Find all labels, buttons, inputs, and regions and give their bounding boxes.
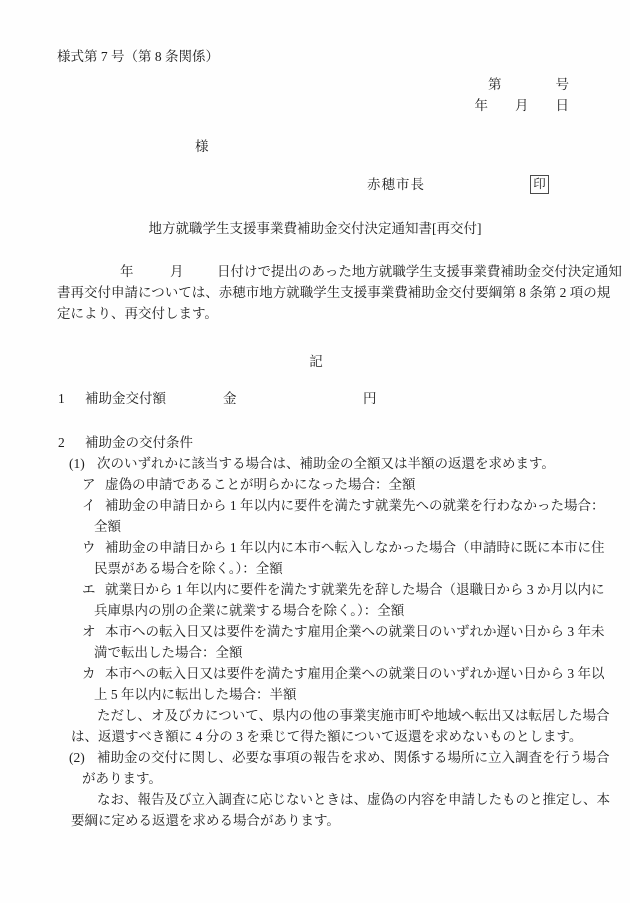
text-segment: 1 [58, 388, 65, 409]
condition-1-e: エ就業日から 1 年以内に要件を満たす就業先を辞した場合（退職日から 3 か月以… [57, 579, 575, 600]
document-body: 年月日付けで提出のあった地方就職学生支援事業費補助金交付決定通知書再交付申請につ… [57, 261, 575, 831]
date-line: 年 月 日 [475, 95, 570, 116]
text-segment: 本市への転入日又は要件を満たす雇用企業への就業日のいずれか遅い日から 3 年未 [105, 621, 605, 642]
text-segment: 日付けで提出のあった地方就職学生支援事業費補助金交付決定通知 [217, 261, 622, 282]
text-segment: は、返還すべき額に 4 分の 3 を乗じて得た額について返還を求めないものとしま… [71, 726, 582, 747]
opening-paragraph-line: 年月日付けで提出のあった地方就職学生支援事業費補助金交付決定通知 [57, 261, 575, 282]
text-segment: 定により、再交付します。 [57, 303, 218, 324]
text-segment: 上 5 年以内に転出した場合：半額 [94, 684, 297, 705]
condition-1-i: イ補助金の申請日から 1 年以内に要件を満たす就業先への就業を行わなかった場合： [57, 495, 575, 516]
text-segment: 虚偽の申請であることが明らかになった場合：全額 [105, 474, 416, 495]
text-segment: 月 [170, 261, 184, 282]
seal-stamp: 印 [530, 175, 549, 194]
text-segment: 要綱に定める返還を求める場合があります。 [71, 810, 340, 831]
text-segment: 本市への転入日又は要件を満たす雇用企業への就業日のいずれか遅い日から 3 年以 [105, 663, 605, 684]
text-segment: ただし、オ及びカについて、県内の他の事業実施市町や地域へ転出又は転居した場合 [97, 705, 609, 726]
ki-marker: 記 [57, 351, 575, 372]
condition-1-e-cont: 兵庫県内の別の企業に就業する場合を除く。）：全額 [57, 600, 575, 621]
text-segment: 補助金の交付条件 [85, 432, 193, 453]
condition-2-note-cont: 要綱に定める返還を求める場合があります。 [57, 810, 575, 831]
text-segment: (2) [69, 747, 85, 768]
text-segment: 補助金の交付に関し、必要な事項の報告を求め、関係する場所に立入調査を行う場合 [97, 747, 609, 768]
condition-2-note: なお、報告及び立入調査に応じないときは、虚偽の内容を申請したものと推定し、本 [57, 789, 575, 810]
text-segment: 2 [58, 432, 65, 453]
text-segment: 年 [120, 261, 134, 282]
text-segment: なお、報告及び立入調査に応じないときは、虚偽の内容を申請したものと推定し、本 [97, 789, 610, 810]
text-segment: 満で転出した場合：全額 [94, 642, 243, 663]
condition-1-u-cont: 民票がある場合を除く。）：全額 [57, 558, 575, 579]
text-segment: 次のいずれかに該当する場合は、補助金の全額又は半額の返還を求めます。 [97, 453, 555, 474]
condition-1-o-cont: 満で転出した場合：全額 [57, 642, 575, 663]
opening-paragraph-line: 定により、再交付します。 [57, 303, 575, 324]
condition-1-ka: カ本市への転入日又は要件を満たす雇用企業への就業日のいずれか遅い日から 3 年以 [57, 663, 575, 684]
text-segment: イ [82, 495, 96, 516]
condition-1: (1)次のいずれかに該当する場合は、補助金の全額又は半額の返還を求めます。 [57, 453, 575, 474]
condition-1-o: オ本市への転入日又は要件を満たす雇用企業への就業日のいずれか遅い日から 3 年未 [57, 621, 575, 642]
item-1-grant-amount: 1補助金交付額金円 [57, 388, 575, 409]
document-title: 地方就職学生支援事業費補助金交付決定通知書[再交付] [0, 218, 630, 239]
condition-2-cont: があります。 [57, 768, 575, 789]
item-2-grant-conditions: 2補助金の交付条件 [57, 432, 575, 453]
sender-name: 赤穂市長 [367, 174, 425, 195]
text-segment: 補助金の申請日から 1 年以内に要件を満たす就業先への就業を行わなかった場合： [105, 495, 605, 516]
text-segment: ウ [82, 537, 96, 558]
text-segment: エ [82, 579, 96, 600]
text-segment: 書再交付申請については、赤穂市地方就職学生支援事業費補助金交付要綱第 8 条第 … [57, 282, 610, 303]
condition-1-u: ウ補助金の申請日から 1 年以内に本市へ転入しなかった場合（申請時に既に本市に住 [57, 537, 575, 558]
document-page: 様式第 7 号（第 8 条関係） 第 号 年 月 日 様 赤穂市長 印 地方就職… [0, 0, 630, 903]
text-segment: カ [82, 663, 96, 684]
condition-1-i-cont: 全額 [57, 516, 575, 537]
condition-1-a: ア虚偽の申請であることが明らかになった場合：全額 [57, 474, 575, 495]
condition-1-ka-cont: 上 5 年以内に転出した場合：半額 [57, 684, 575, 705]
text-segment: 全額 [94, 516, 121, 537]
condition-1-proviso-cont: は、返還すべき額に 4 分の 3 を乗じて得た額について返還を求めないものとしま… [57, 726, 575, 747]
addressee-honorific: 様 [195, 136, 209, 157]
opening-paragraph-line: 書再交付申請については、赤穂市地方就職学生支援事業費補助金交付要綱第 8 条第 … [57, 282, 575, 303]
text-segment: があります。 [82, 768, 162, 789]
condition-1-proviso: ただし、オ及びカについて、県内の他の事業実施市町や地域へ転出又は転居した場合 [57, 705, 575, 726]
text-segment: 補助金の申請日から 1 年以内に本市へ転入しなかった場合（申請時に既に本市に住 [105, 537, 605, 558]
text-segment: 就業日から 1 年以内に要件を満たす就業先を辞した場合（退職日から 3 か月以内… [105, 579, 605, 600]
form-number: 様式第 7 号（第 8 条関係） [57, 46, 219, 67]
text-segment: 金 [223, 388, 237, 409]
text-segment: 補助金交付額 [85, 388, 166, 409]
text-segment: 兵庫県内の別の企業に就業する場合を除く。）：全額 [94, 600, 404, 621]
text-segment: (1) [69, 453, 85, 474]
condition-2: (2)補助金の交付に関し、必要な事項の報告を求め、関係する場所に立入調査を行う場… [57, 747, 575, 768]
text-segment: 円 [363, 388, 377, 409]
sender-row: 赤穂市長 印 [0, 174, 630, 195]
text-segment: ア [82, 474, 96, 495]
document-number-line: 第 号 [488, 74, 569, 95]
text-segment: 民票がある場合を除く。）：全額 [94, 558, 283, 579]
text-segment: オ [82, 621, 96, 642]
